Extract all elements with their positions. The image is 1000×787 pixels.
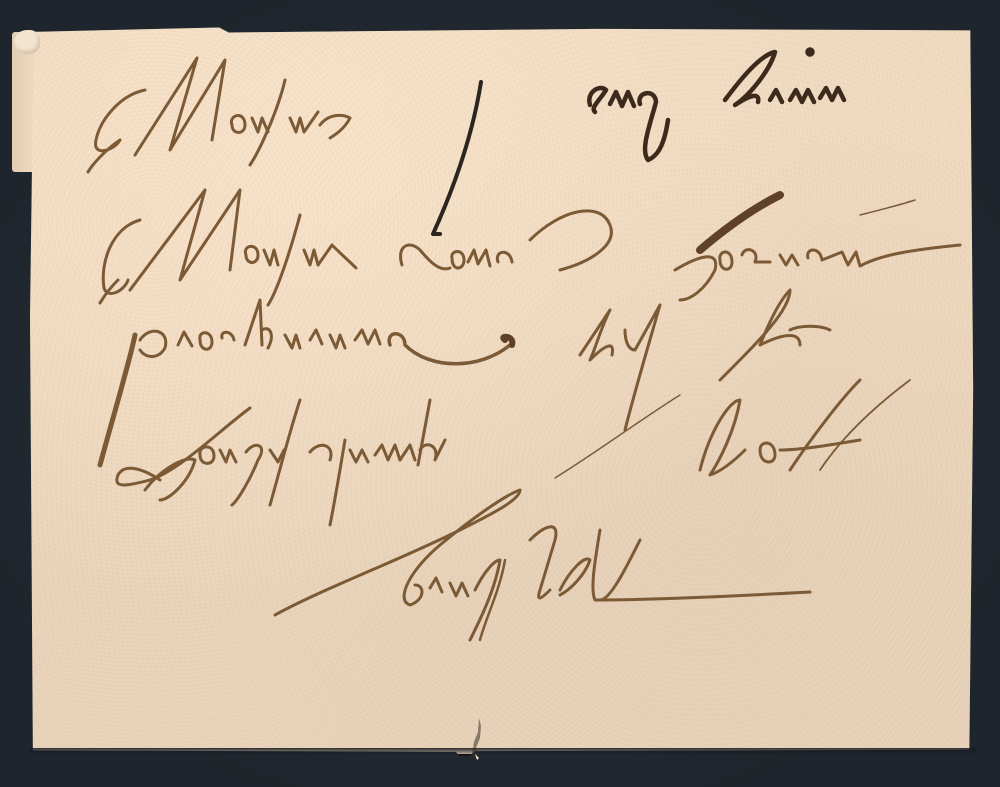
transcription-layer: enghien 1 Monsieur Monsieur vande Hoeven… [0, 0, 1000, 787]
